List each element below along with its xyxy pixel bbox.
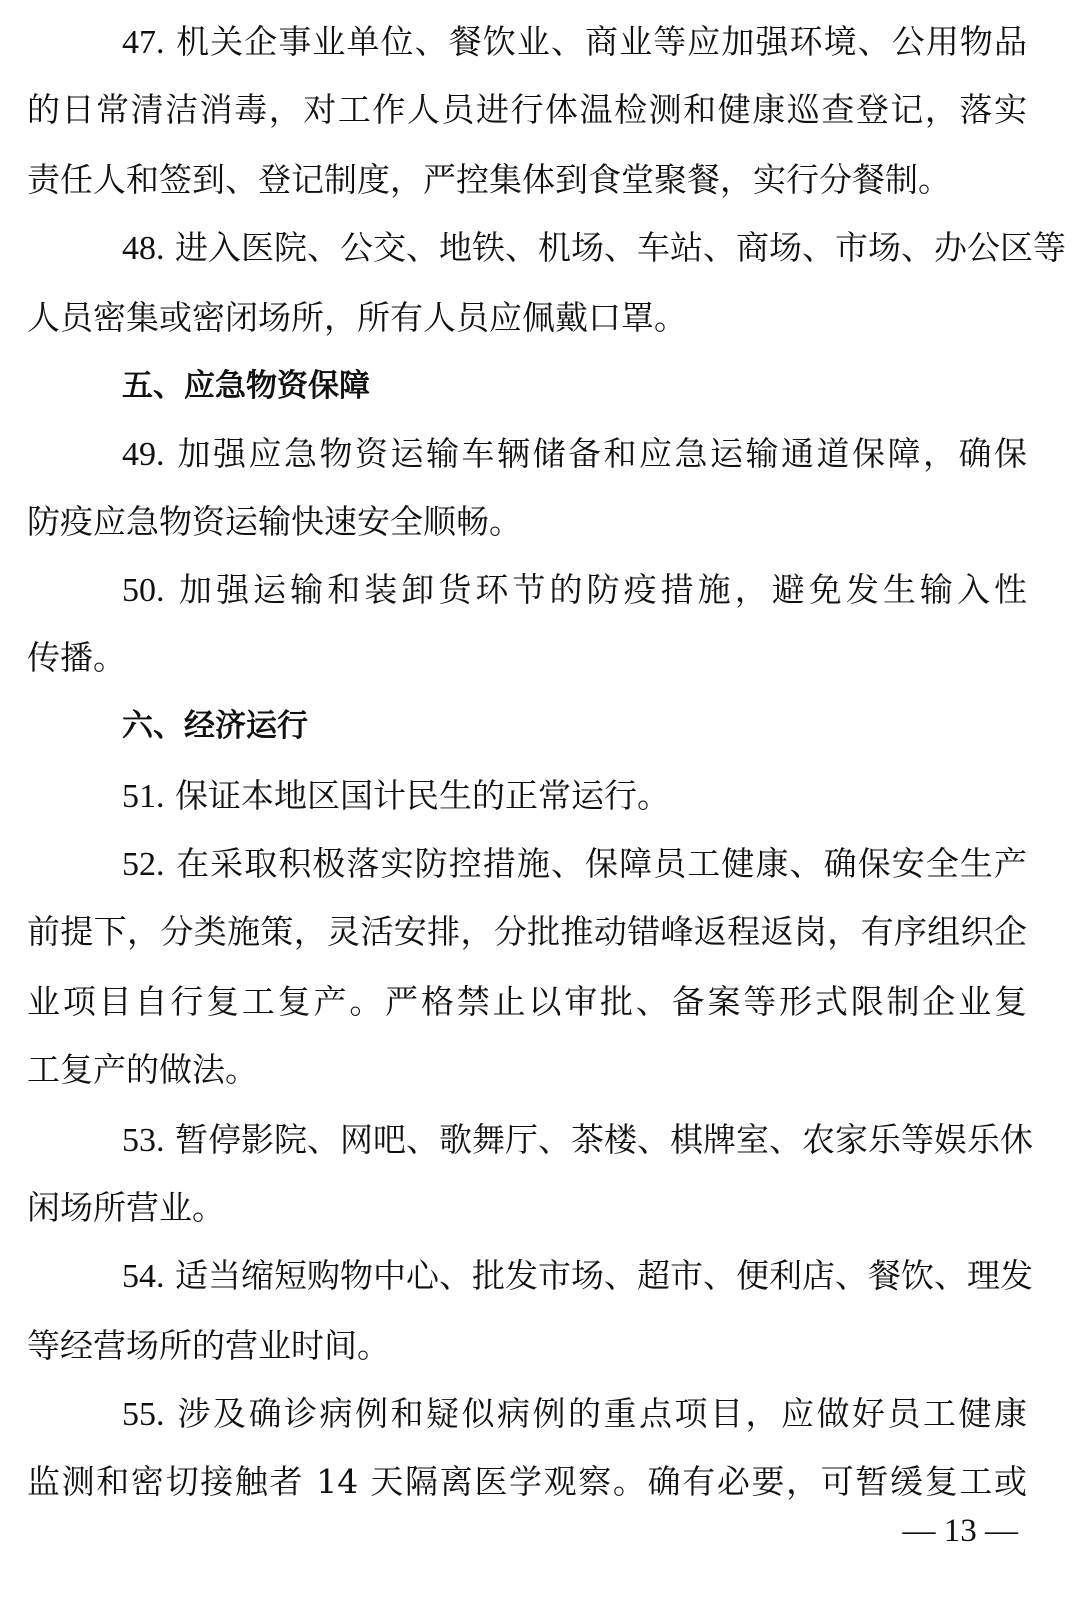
paragraph-50-line-1: 50. 加强运输和装卸货环节的防疫措施，避免发生输入性 bbox=[122, 565, 1027, 615]
paragraph-47-line-2: 的日常清洁消毒，对工作人员进行体温检测和健康巡查登记，落实 bbox=[27, 85, 1027, 135]
paragraph-48-line-1: 48. 进入医院、公交、地铁、机场、车站、商场、市场、办公区等 bbox=[122, 223, 1027, 273]
paragraph-54-line-2: 等经营场所的营业时间。 bbox=[27, 1321, 1027, 1371]
paragraph-49-line-2: 防疫应急物资运输快速安全顺畅。 bbox=[27, 497, 1027, 547]
paragraph-53-line-1: 53. 暂停影院、网吧、歌舞厅、茶楼、棋牌室、农家乐等娱乐休 bbox=[122, 1115, 1027, 1165]
page-number: — 13 — bbox=[903, 1506, 1019, 1556]
item-number: 54. bbox=[122, 1258, 165, 1295]
paragraph-50-line-2: 传播。 bbox=[27, 633, 1027, 683]
paragraph-49-line-1: 49. 加强应急物资运输车辆储备和应急运输通道保障，确保 bbox=[122, 429, 1027, 479]
item-number: 50. bbox=[122, 572, 165, 609]
paragraph-48-line-2: 人员密集或密闭场所，所有人员应佩戴口罩。 bbox=[27, 293, 1027, 343]
paragraph-53-line-2: 闲场所营业。 bbox=[27, 1183, 1027, 1233]
item-number: 53. bbox=[122, 1122, 165, 1159]
paragraph-55-line-1: 55. 涉及确诊病例和疑似病例的重点项目，应做好员工健康 bbox=[122, 1389, 1027, 1439]
item-number: 47. bbox=[122, 24, 165, 61]
paragraph-47-line-1: 47. 机关企事业单位、餐饮业、商业等应加强环境、公用物品 bbox=[122, 17, 1027, 67]
item-number: 51. bbox=[122, 778, 165, 815]
paragraph-54-line-1: 54. 适当缩短购物中心、批发市场、超市、便利店、餐饮、理发 bbox=[122, 1251, 1027, 1301]
item-number: 52. bbox=[122, 846, 165, 883]
section-heading-5: 五、应急物资保障 bbox=[122, 361, 370, 411]
paragraph-52-line-2: 前提下，分类施策，灵活安排，分批推动错峰返程返岗，有序组织企 bbox=[27, 907, 1027, 957]
paragraph-52-line-4: 工复产的做法。 bbox=[27, 1045, 1027, 1095]
paragraph-55-line-2: 监测和密切接触者 14 天隔离医学观察。确有必要，可暂缓复工或 bbox=[27, 1457, 1027, 1507]
paragraph-47-line-3: 责任人和签到、登记制度，严控集体到食堂聚餐，实行分餐制。 bbox=[27, 155, 1027, 205]
paragraph-52-line-1: 52. 在采取积极落实防控措施、保障员工健康、确保安全生产 bbox=[122, 839, 1027, 889]
item-number: 55. bbox=[122, 1396, 165, 1433]
paragraph-52-line-3: 业项目自行复工复产。严格禁止以审批、备案等形式限制企业复 bbox=[27, 977, 1027, 1027]
item-number: 48. bbox=[122, 230, 165, 267]
paragraph-51-line-1: 51. 保证本地区国计民生的正常运行。 bbox=[122, 771, 1027, 821]
item-number: 49. bbox=[122, 436, 165, 473]
section-heading-6: 六、经济运行 bbox=[122, 701, 308, 751]
